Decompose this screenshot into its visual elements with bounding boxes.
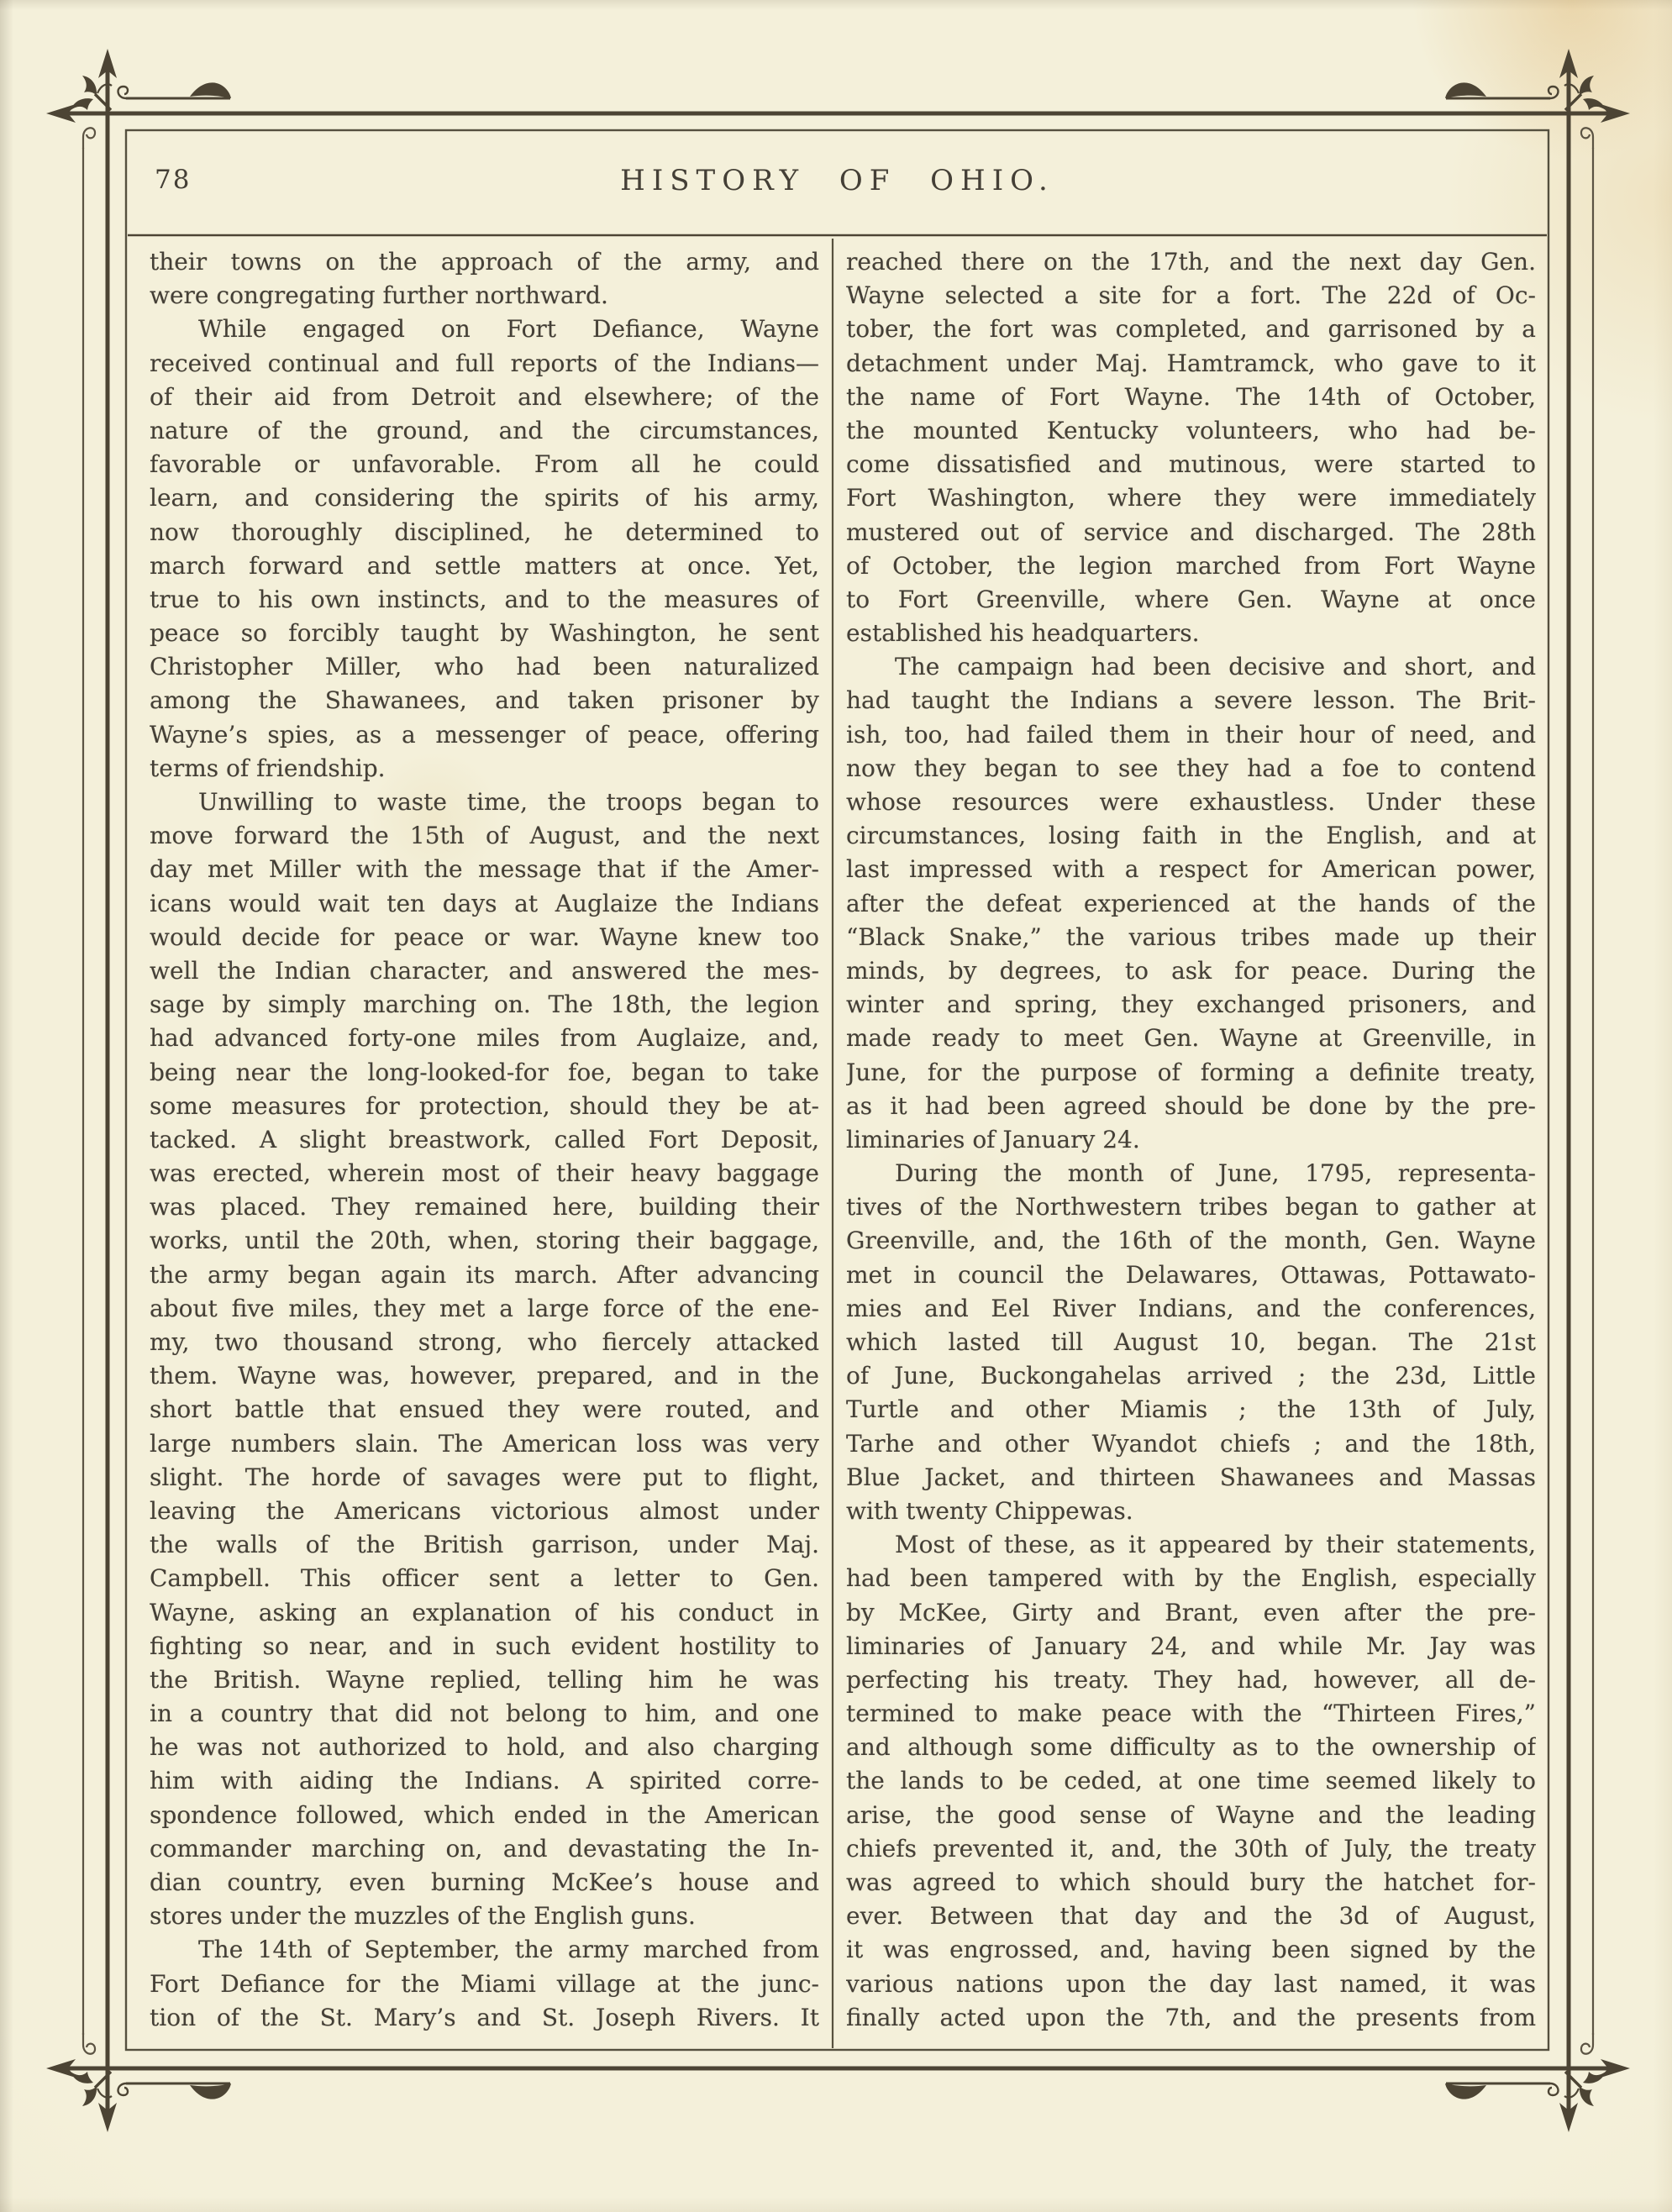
text-line: minds, by degrees, to ask for peace. Dur… (846, 954, 1536, 988)
text-line: spondence followed, which ended in the A… (150, 1799, 819, 1832)
paragraph: During the month of June, 1795, represen… (846, 1157, 1536, 1528)
text-line: him with aiding the Indians. A spirited … (150, 1764, 819, 1798)
text-line: finally acted upon the 7th, and the pres… (846, 2001, 1536, 2035)
text-line: their towns on the approach of the army,… (150, 245, 819, 279)
text-line: which lasted till August 10, began. The … (846, 1326, 1536, 1359)
text-line: The 14th of September, the army marched … (150, 1933, 819, 1967)
text-line: reached there on the 17th, and the next … (846, 245, 1536, 279)
text-line: met in council the Delawares, Ottawas, P… (846, 1258, 1536, 1292)
text-line: established his headquarters. (846, 617, 1536, 650)
text-line: commander marching on, and devastating t… (150, 1832, 819, 1866)
text-line: “Black Snake,” the various tribes made u… (846, 921, 1536, 954)
paragraph: reached there on the 17th, and the next … (846, 245, 1536, 650)
text-line: leaving the Americans victorious almost … (150, 1495, 819, 1528)
text-line: favorable or unfavorable. From all he co… (150, 448, 819, 481)
text-line: with twenty Chippewas. (846, 1495, 1536, 1528)
text-line: dian country, even burning McKee’s house… (150, 1866, 819, 1899)
text-line: he was not authorized to hold, and also … (150, 1731, 819, 1764)
text-line: ever. Between that day and the 3d of Aug… (846, 1899, 1536, 1933)
text-line: march forward and settle matters at once… (150, 549, 819, 583)
text-line: the army began again its march. After ad… (150, 1258, 819, 1292)
text-line: made ready to meet Gen. Wayne at Greenvi… (846, 1022, 1536, 1055)
text-line: detachment under Maj. Hamtramck, who gav… (846, 347, 1536, 381)
text-line: to Fort Greenville, where Gen. Wayne at … (846, 583, 1536, 617)
text-line: come dissatisfied and mutinous, were sta… (846, 448, 1536, 481)
text-line: fighting so near, and in such evident ho… (150, 1630, 819, 1663)
text-line: winter and spring, they exchanged prison… (846, 988, 1536, 1022)
text-line: was placed. They remained here, building… (150, 1190, 819, 1224)
text-line: last impressed with a respect for Americ… (846, 853, 1536, 886)
text-line: some measures for protection, should the… (150, 1090, 819, 1123)
text-line: after the defeat experienced at the hand… (846, 887, 1536, 921)
text-line: Wayne selected a site for a fort. The 22… (846, 279, 1536, 313)
text-line: June, for the purpose of forming a defin… (846, 1056, 1536, 1090)
text-line: day met Miller with the message that if … (150, 853, 819, 886)
text-line: stores under the muzzles of the English … (150, 1899, 819, 1933)
text-line: now thoroughly disciplined, he determine… (150, 516, 819, 549)
text-line: The campaign had been decisive and short… (846, 650, 1536, 684)
text-line: Blue Jacket, and thirteen Shawanees and … (846, 1461, 1536, 1495)
text-line: was agreed to which should bury the hatc… (846, 1866, 1536, 1899)
text-line: now they began to see they had a foe to … (846, 752, 1536, 785)
text-line: Greenville, and, the 16th of the month, … (846, 1224, 1536, 1258)
text-line: whose resources were exhaustless. Under … (846, 785, 1536, 819)
text-line: During the month of June, 1795, represen… (846, 1157, 1536, 1190)
text-line: large numbers slain. The American loss w… (150, 1427, 819, 1461)
text-line: tion of the St. Mary’s and St. Joseph Ri… (150, 2001, 819, 2035)
paragraph: The 14th of September, the army marched … (150, 1933, 819, 2035)
paragraph: The campaign had been decisive and short… (846, 650, 1536, 1157)
text-line: terms of friendship. (150, 752, 819, 785)
text-line: true to his own instincts, and to the me… (150, 583, 819, 617)
text-line: had taught the Indians a severe lesson. … (846, 684, 1536, 717)
text-line: learn, and considering the spirits of hi… (150, 481, 819, 515)
text-line: received continual and full reports of t… (150, 347, 819, 381)
text-line: among the Shawanees, and taken prisoner … (150, 684, 819, 717)
text-line: termined to make peace with the “Thirtee… (846, 1697, 1536, 1731)
text-line: by McKee, Girty and Brant, even after th… (846, 1596, 1536, 1630)
page-title: HISTORY OF OHIO. (126, 164, 1548, 197)
text-line: tacked. A slight breastwork, called Fort… (150, 1123, 819, 1157)
text-line: Fort Defiance for the Miami village at t… (150, 1968, 819, 2001)
text-line: it was engrossed, and, having been signe… (846, 1933, 1536, 1967)
text-line: liminaries of January 24, and while Mr. … (846, 1630, 1536, 1663)
paragraph: Unwilling to waste time, the troops bega… (150, 785, 819, 1933)
text-line: Tarhe and other Wyandot chiefs ; and the… (846, 1427, 1536, 1461)
text-line: While engaged on Fort Defiance, Wayne (150, 313, 819, 346)
text-line: of their aid from Detroit and elsewhere;… (150, 381, 819, 414)
text-line: slight. The horde of savages were put to… (150, 1461, 819, 1495)
text-line: in a country that did not belong to him,… (150, 1697, 819, 1731)
text-line: the British. Wayne replied, telling him … (150, 1663, 819, 1697)
text-line: were congregating further northward. (150, 279, 819, 313)
text-line: works, until the 20th, when, storing the… (150, 1224, 819, 1258)
text-line: about five miles, they met a large force… (150, 1292, 819, 1326)
text-body: their towns on the approach of the army,… (150, 245, 1536, 2035)
text-line: mies and Eel River Indians, and the conf… (846, 1292, 1536, 1326)
paragraph: While engaged on Fort Defiance, Waynerec… (150, 313, 819, 785)
text-line: had advanced forty-one miles from Auglai… (150, 1022, 819, 1055)
text-line: tober, the fort was completed, and garri… (846, 313, 1536, 346)
text-line: nature of the ground, and the circumstan… (150, 414, 819, 448)
text-line: chiefs prevented it, and, the 30th of Ju… (846, 1832, 1536, 1866)
text-line: Christopher Miller, who had been natural… (150, 650, 819, 684)
text-line: perfecting his treaty. They had, however… (846, 1663, 1536, 1697)
text-line: would decide for peace or war. Wayne kne… (150, 921, 819, 954)
text-line: Fort Washington, where they were immedia… (846, 481, 1536, 515)
paragraph: Most of these, as it appeared by their s… (846, 1528, 1536, 2035)
text-line: Wayne’s spies, as a messenger of peace, … (150, 718, 819, 752)
text-line: peace so forcibly taught by Washington, … (150, 617, 819, 650)
text-line: Wayne, asking an explanation of his cond… (150, 1596, 819, 1630)
text-line: various nations upon the day last named,… (846, 1968, 1536, 2001)
text-line: icans would wait ten days at Auglaize th… (150, 887, 819, 921)
text-line: Campbell. This officer sent a letter to … (150, 1562, 819, 1595)
text-line: my, two thousand strong, who fiercely at… (150, 1326, 819, 1359)
text-line: the lands to be ceded, at one time seeme… (846, 1764, 1536, 1798)
text-line: of June, Buckongahelas arrived ; the 23d… (846, 1359, 1536, 1393)
text-line: move forward the 15th of August, and the… (150, 819, 819, 853)
text-line: circumstances, losing faith in the Engli… (846, 819, 1536, 853)
text-column-left: their towns on the approach of the army,… (150, 245, 819, 2035)
book-page: { "page": { "number": "78", "header": "H… (0, 0, 1672, 2212)
text-line: and although some difficulty as to the o… (846, 1731, 1536, 1764)
text-line: well the Indian character, and answered … (150, 954, 819, 988)
text-line: mustered out of service and discharged. … (846, 516, 1536, 549)
text-line: tives of the Northwestern tribes began t… (846, 1190, 1536, 1224)
paragraph: their towns on the approach of the army,… (150, 245, 819, 313)
text-line: short battle that ensued they were route… (150, 1393, 819, 1427)
text-line: the name of Fort Wayne. The 14th of Octo… (846, 381, 1536, 414)
text-line: ish, too, had failed them in their hour … (846, 718, 1536, 752)
text-line: had been tampered with by the English, e… (846, 1562, 1536, 1595)
text-line: liminaries of January 24. (846, 1123, 1536, 1157)
text-line: sage by simply marching on. The 18th, th… (150, 988, 819, 1022)
text-line: the walls of the British garrison, under… (150, 1528, 819, 1562)
text-line: arise, the good sense of Wayne and the l… (846, 1799, 1536, 1832)
text-line: the mounted Kentucky volunteers, who had… (846, 414, 1536, 448)
text-line: being near the long-looked-for foe, bega… (150, 1056, 819, 1090)
text-line: Turtle and other Miamis ; the 13th of Ju… (846, 1393, 1536, 1427)
text-line: was erected, wherein most of their heavy… (150, 1157, 819, 1190)
text-line: them. Wayne was, however, prepared, and … (150, 1359, 819, 1393)
text-column-right: reached there on the 17th, and the next … (846, 245, 1536, 2035)
text-line: of October, the legion marched from Fort… (846, 549, 1536, 583)
text-line: Unwilling to waste time, the troops bega… (150, 785, 819, 819)
text-line: Most of these, as it appeared by their s… (846, 1528, 1536, 1562)
text-line: as it had been agreed should be done by … (846, 1090, 1536, 1123)
